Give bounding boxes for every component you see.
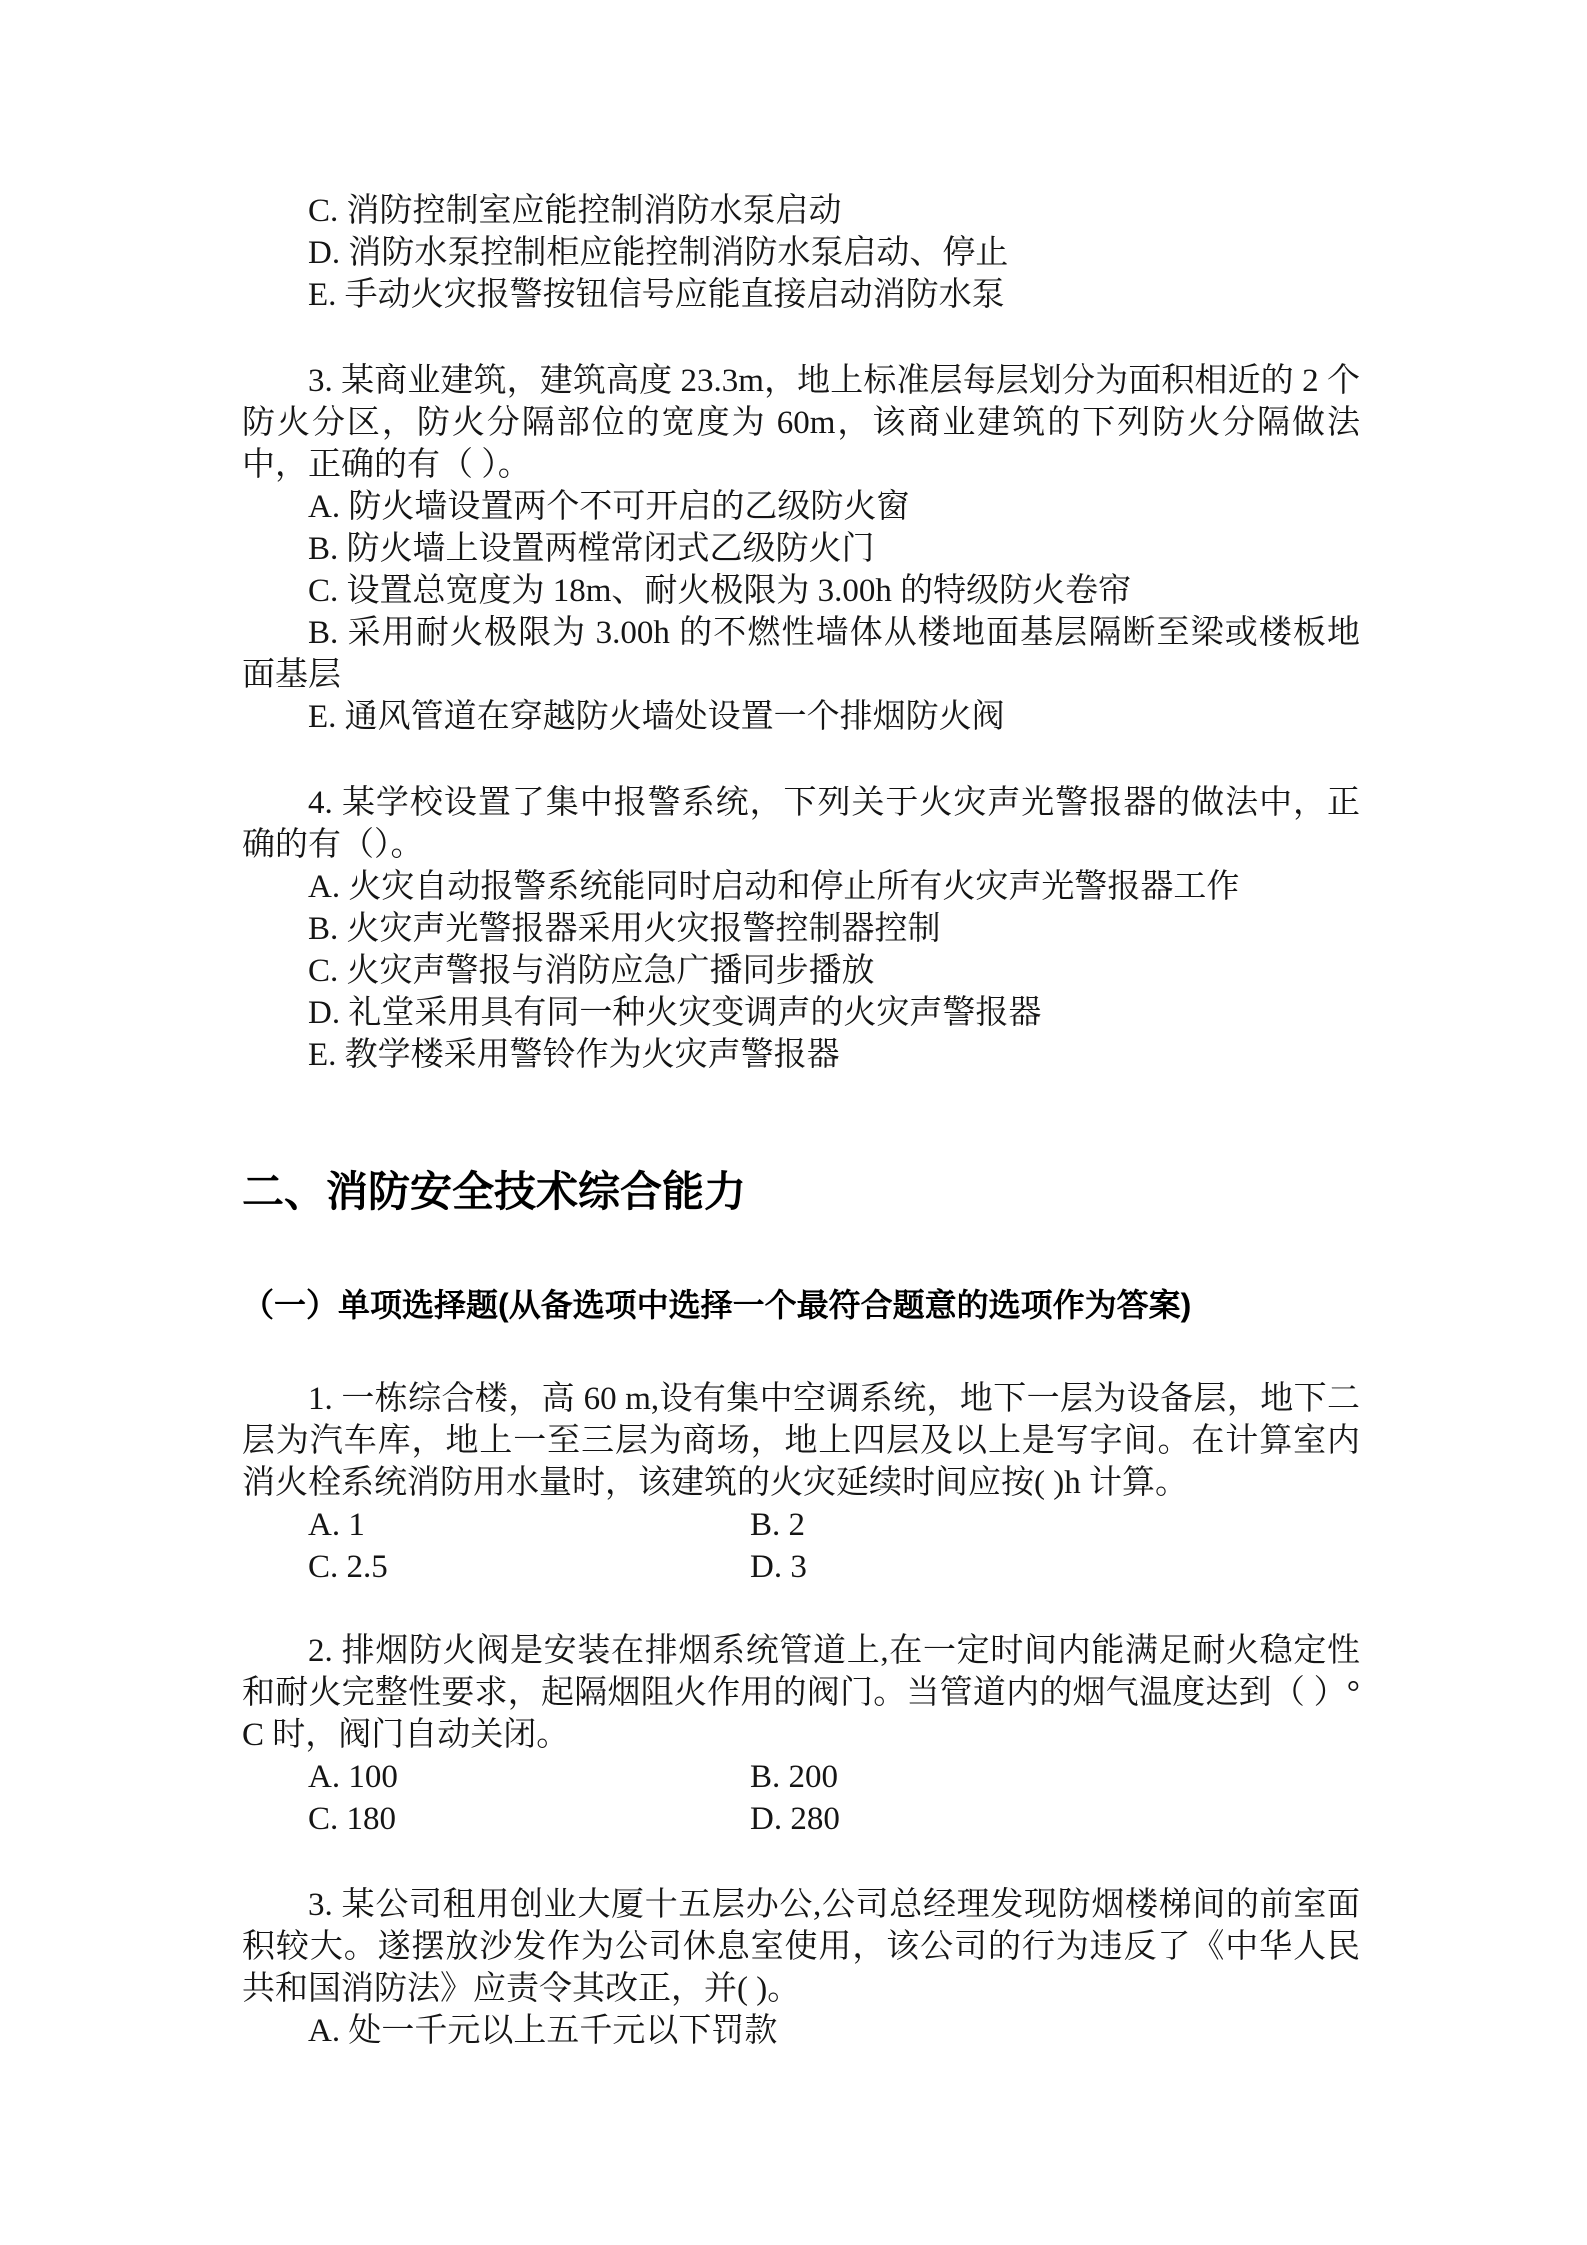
option-cell: A. 1 [242,1504,750,1546]
question-stem: 1. 一栋综合楼，高 60 m,设有集中空调系统，地下一层为设备层，地下二层为汽… [242,1378,1360,1504]
option-row: A. 1 B. 2 [242,1504,1360,1546]
option-line: A. 处一千元以上五千元以下罚款 [242,2010,1360,2052]
option-line: A. 防火墙设置两个不可开启的乙级防火窗 [242,486,1360,528]
option-line: E. 通风管道在穿越防火墙处设置一个排烟防火阀 [242,696,1360,738]
option-row: C. 2.5 D. 3 [242,1546,1360,1588]
option-cell: C. 180 [242,1798,750,1840]
part2-question-2: 2. 排烟防火阀是安装在排烟系统管道上,在一定时间内能满足耐火稳定性和耐火完整性… [242,1630,1360,1840]
part2-question-3: 3. 某公司租用创业大厦十五层办公,公司总经理发现防烟楼梯间的前室面积较大。遂摆… [242,1884,1360,2052]
part1-q2-trailing-options: C. 消防控制室应能控制消防水泵启动 D. 消防水泵控制柜应能控制消防水泵启动、… [242,190,1360,316]
question-stem: 4. 某学校设置了集中报警系统，下列关于火灾声光警报器的做法中，正确的有（）。 [242,782,1360,866]
option-row: C. 180 D. 280 [242,1798,1360,1840]
option-row: A. 100 B. 200 [242,1756,1360,1798]
question-stem: 3. 某公司租用创业大厦十五层办公,公司总经理发现防烟楼梯间的前室面积较大。遂摆… [242,1884,1360,2010]
section-heading: 二、消防安全技术综合能力 [242,1162,1360,1222]
part2-question-1: 1. 一栋综合楼，高 60 m,设有集中空调系统，地下一层为设备层，地下二层为汽… [242,1378,1360,1588]
page-content: C. 消防控制室应能控制消防水泵启动 D. 消防水泵控制柜应能控制消防水泵启动、… [242,190,1360,2052]
option-cell: B. 200 [750,1756,1360,1798]
option-line: C. 消防控制室应能控制消防水泵启动 [242,190,1360,232]
option-line: D. 礼堂采用具有同一种火灾变调声的火灾声警报器 [242,992,1360,1034]
option-cell: A. 100 [242,1756,750,1798]
option-line: E. 教学楼采用警铃作为火灾声警报器 [242,1034,1360,1076]
option-line: B. 火灾声光警报器采用火灾报警控制器控制 [242,908,1360,950]
option-line: B. 防火墙上设置两樘常闭式乙级防火门 [242,528,1360,570]
option-cell: D. 280 [750,1798,1360,1840]
subsection-heading: （一）单项选择题(从备选项中选择一个最符合题意的选项作为答案) [242,1284,1360,1326]
option-cell: B. 2 [750,1504,1360,1546]
question-stem: 3. 某商业建筑，建筑高度 23.3m，地上标准层每层划分为面积相近的 2 个防… [242,360,1360,486]
part1-question-4: 4. 某学校设置了集中报警系统，下列关于火灾声光警报器的做法中，正确的有（）。 … [242,782,1360,1076]
option-cell: C. 2.5 [242,1546,750,1588]
option-line: D. 消防水泵控制柜应能控制消防水泵启动、停止 [242,232,1360,274]
option-line: A. 火灾自动报警系统能同时启动和停止所有火灾声光警报器工作 [242,866,1360,908]
option-line: B. 采用耐火极限为 3.00h 的不燃性墙体从楼地面基层隔断至梁或楼板地面基层 [242,612,1360,696]
question-stem: 2. 排烟防火阀是安装在排烟系统管道上,在一定时间内能满足耐火稳定性和耐火完整性… [242,1630,1360,1756]
option-cell: D. 3 [750,1546,1360,1588]
part1-question-3: 3. 某商业建筑，建筑高度 23.3m，地上标准层每层划分为面积相近的 2 个防… [242,360,1360,738]
option-line: C. 火灾声警报与消防应急广播同步播放 [242,950,1360,992]
option-line: E. 手动火灾报警按钮信号应能直接启动消防水泵 [242,274,1360,316]
document-page: C. 消防控制室应能控制消防水泵启动 D. 消防水泵控制柜应能控制消防水泵启动、… [0,0,1587,2245]
option-line: C. 设置总宽度为 18m、耐火极限为 3.00h 的特级防火卷帘 [242,570,1360,612]
